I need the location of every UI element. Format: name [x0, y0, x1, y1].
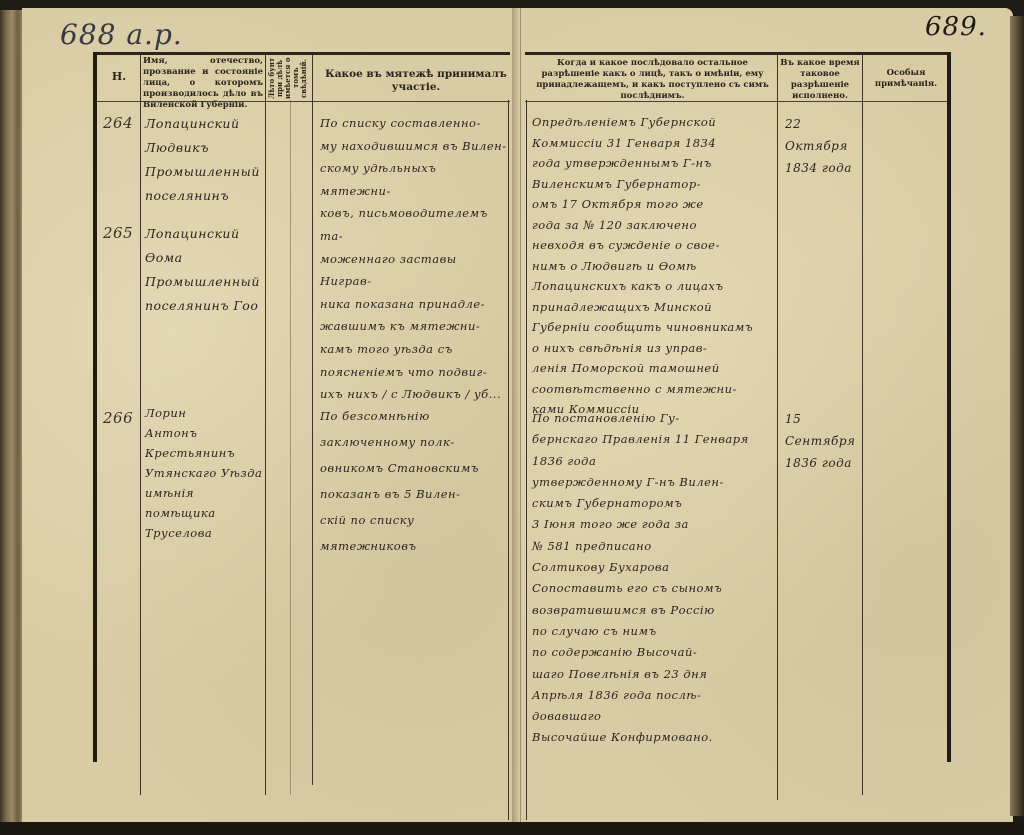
entry-266-participation: По безсомнѣнію заключенному полк- овнико… — [320, 403, 510, 559]
left-col-divider-1 — [140, 55, 141, 795]
left-col-divider-4 — [312, 55, 313, 785]
folio-number-right: 689. — [925, 12, 987, 42]
header-notes: Особыя примѣчанія. — [866, 68, 946, 90]
left-outer-border — [93, 52, 97, 762]
page-stack-edge-right — [1010, 16, 1024, 816]
entry-266-name: Лорин Антонъ Крестьянинъ Утянскаго Уѣзда… — [145, 403, 265, 543]
left-col-divider-3 — [290, 100, 291, 795]
entry-264-resolution: Опредѣленіемъ Губернской Коммиссіи 31 Ге… — [532, 112, 777, 420]
book-spread: 688 a.р. Н. Имя, отечество, прозвание и … — [0, 0, 1024, 835]
right-outer-border — [947, 52, 951, 762]
right-col-divider-1 — [777, 55, 778, 800]
header-executed: Въ какое время таковое разрѣшеніе исполн… — [780, 58, 860, 102]
entry-265-number: 265 — [103, 222, 133, 245]
entry-266-resolution: По постановленію Гу- бернскаго Правленія… — [532, 408, 777, 749]
entry-264-participation: По списку составленно- му находившимся в… — [320, 112, 510, 406]
entry-266-number: 266 — [103, 407, 133, 430]
right-header-top-rule — [525, 52, 950, 55]
scan-background-bottom — [0, 822, 1024, 835]
left-col-divider-2 — [265, 55, 266, 795]
entry-266-executed: 15 Сентября 1836 года — [785, 408, 863, 474]
entry-265-name: Лопацинский Ѳома Промышленный поселянинъ… — [145, 222, 265, 318]
header-resolution: Когда и какое послѣдовало остальное разр… — [530, 58, 775, 102]
left-header-top-rule — [97, 52, 510, 55]
entry-264-executed: 22 Октября 1834 года — [785, 113, 863, 179]
folio-number-left: 688 a.р. — [60, 18, 183, 51]
header-participation: Какое въ мятежѣ принималъ участіе. — [318, 68, 514, 94]
entry-264-name: Лопацинский Людвикъ Промышленный поселян… — [145, 112, 265, 208]
right-col-divider-left — [526, 100, 527, 820]
header-number: Н. — [100, 70, 138, 83]
header-name: Имя, отечество, прозвание и состояніе ли… — [143, 56, 263, 111]
header-case-year: Лѣто бунт при дѣлѣ имѣется о томъ свѣдѣн… — [268, 56, 310, 100]
entry-264-number: 264 — [103, 112, 133, 135]
